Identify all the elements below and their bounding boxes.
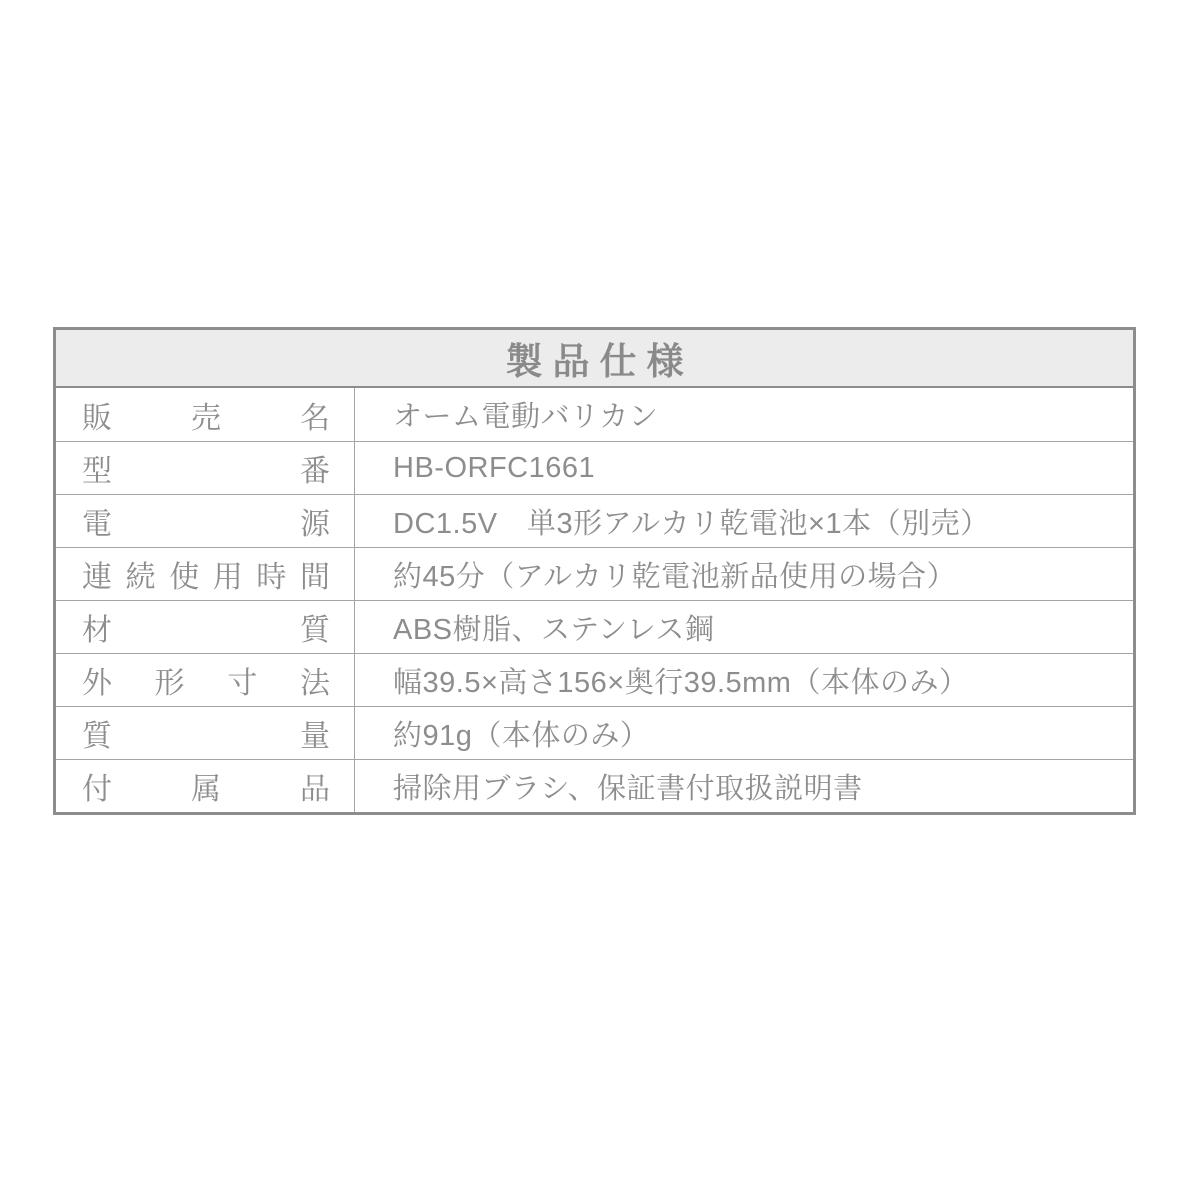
spec-row-label: 付属品 bbox=[56, 760, 355, 812]
spec-row-label: 型番 bbox=[56, 442, 355, 494]
spec-row: 材質 ABS樹脂、ステンレス鋼 bbox=[56, 600, 1133, 653]
spec-row-value: DC1.5V 単3形アルカリ乾電池×1本（別売） bbox=[355, 495, 1133, 547]
spec-row-label: 質量 bbox=[56, 707, 355, 759]
spec-row: 電源 DC1.5V 単3形アルカリ乾電池×1本（別売） bbox=[56, 494, 1133, 547]
spec-row-label-text: 付属品 bbox=[82, 764, 330, 808]
spec-row-label-text: 質量 bbox=[82, 711, 330, 755]
spec-row-label: 電源 bbox=[56, 495, 355, 547]
spec-row-value: HB-ORFC1661 bbox=[355, 442, 1133, 494]
spec-row-value: 幅39.5×高さ156×奥行39.5mm（本体のみ） bbox=[355, 654, 1133, 706]
spec-row-label: 外形寸法 bbox=[56, 654, 355, 706]
spec-row-label-text: 材質 bbox=[82, 605, 330, 649]
spec-row-value: オーム電動バリカン bbox=[355, 388, 1133, 441]
spec-row-value: 約91g（本体のみ） bbox=[355, 707, 1133, 759]
page-canvas: 製品仕様 販売名 オーム電動バリカン 型番 HB-ORFC1661 電源 DC1… bbox=[0, 0, 1200, 1200]
spec-row-label-text: 電源 bbox=[82, 499, 330, 543]
spec-row-label-text: 外形寸法 bbox=[82, 658, 330, 702]
spec-row-label-text: 型番 bbox=[82, 446, 330, 490]
spec-row-label: 販売名 bbox=[56, 388, 355, 441]
spec-row: 質量 約91g（本体のみ） bbox=[56, 706, 1133, 759]
spec-row: 連続使用時間 約45分（アルカリ乾電池新品使用の場合） bbox=[56, 547, 1133, 600]
spec-row-label: 連続使用時間 bbox=[56, 548, 355, 600]
spec-row-label: 材質 bbox=[56, 601, 355, 653]
spec-row-value: 掃除用ブラシ、保証書付取扱説明書 bbox=[355, 760, 1133, 812]
spec-row-label-text: 販売名 bbox=[82, 393, 330, 437]
spec-row-value: ABS樹脂、ステンレス鋼 bbox=[355, 601, 1133, 653]
spec-row-label-text: 連続使用時間 bbox=[82, 552, 330, 596]
spec-row-value: 約45分（アルカリ乾電池新品使用の場合） bbox=[355, 548, 1133, 600]
spec-row: 販売名 オーム電動バリカン bbox=[56, 388, 1133, 441]
spec-table-title: 製品仕様 bbox=[56, 330, 1133, 388]
spec-row: 型番 HB-ORFC1661 bbox=[56, 441, 1133, 494]
product-spec-table: 製品仕様 販売名 オーム電動バリカン 型番 HB-ORFC1661 電源 DC1… bbox=[53, 327, 1136, 815]
spec-row: 外形寸法 幅39.5×高さ156×奥行39.5mm（本体のみ） bbox=[56, 653, 1133, 706]
spec-table-body: 販売名 オーム電動バリカン 型番 HB-ORFC1661 電源 DC1.5V 単… bbox=[56, 388, 1133, 812]
spec-row: 付属品 掃除用ブラシ、保証書付取扱説明書 bbox=[56, 759, 1133, 812]
